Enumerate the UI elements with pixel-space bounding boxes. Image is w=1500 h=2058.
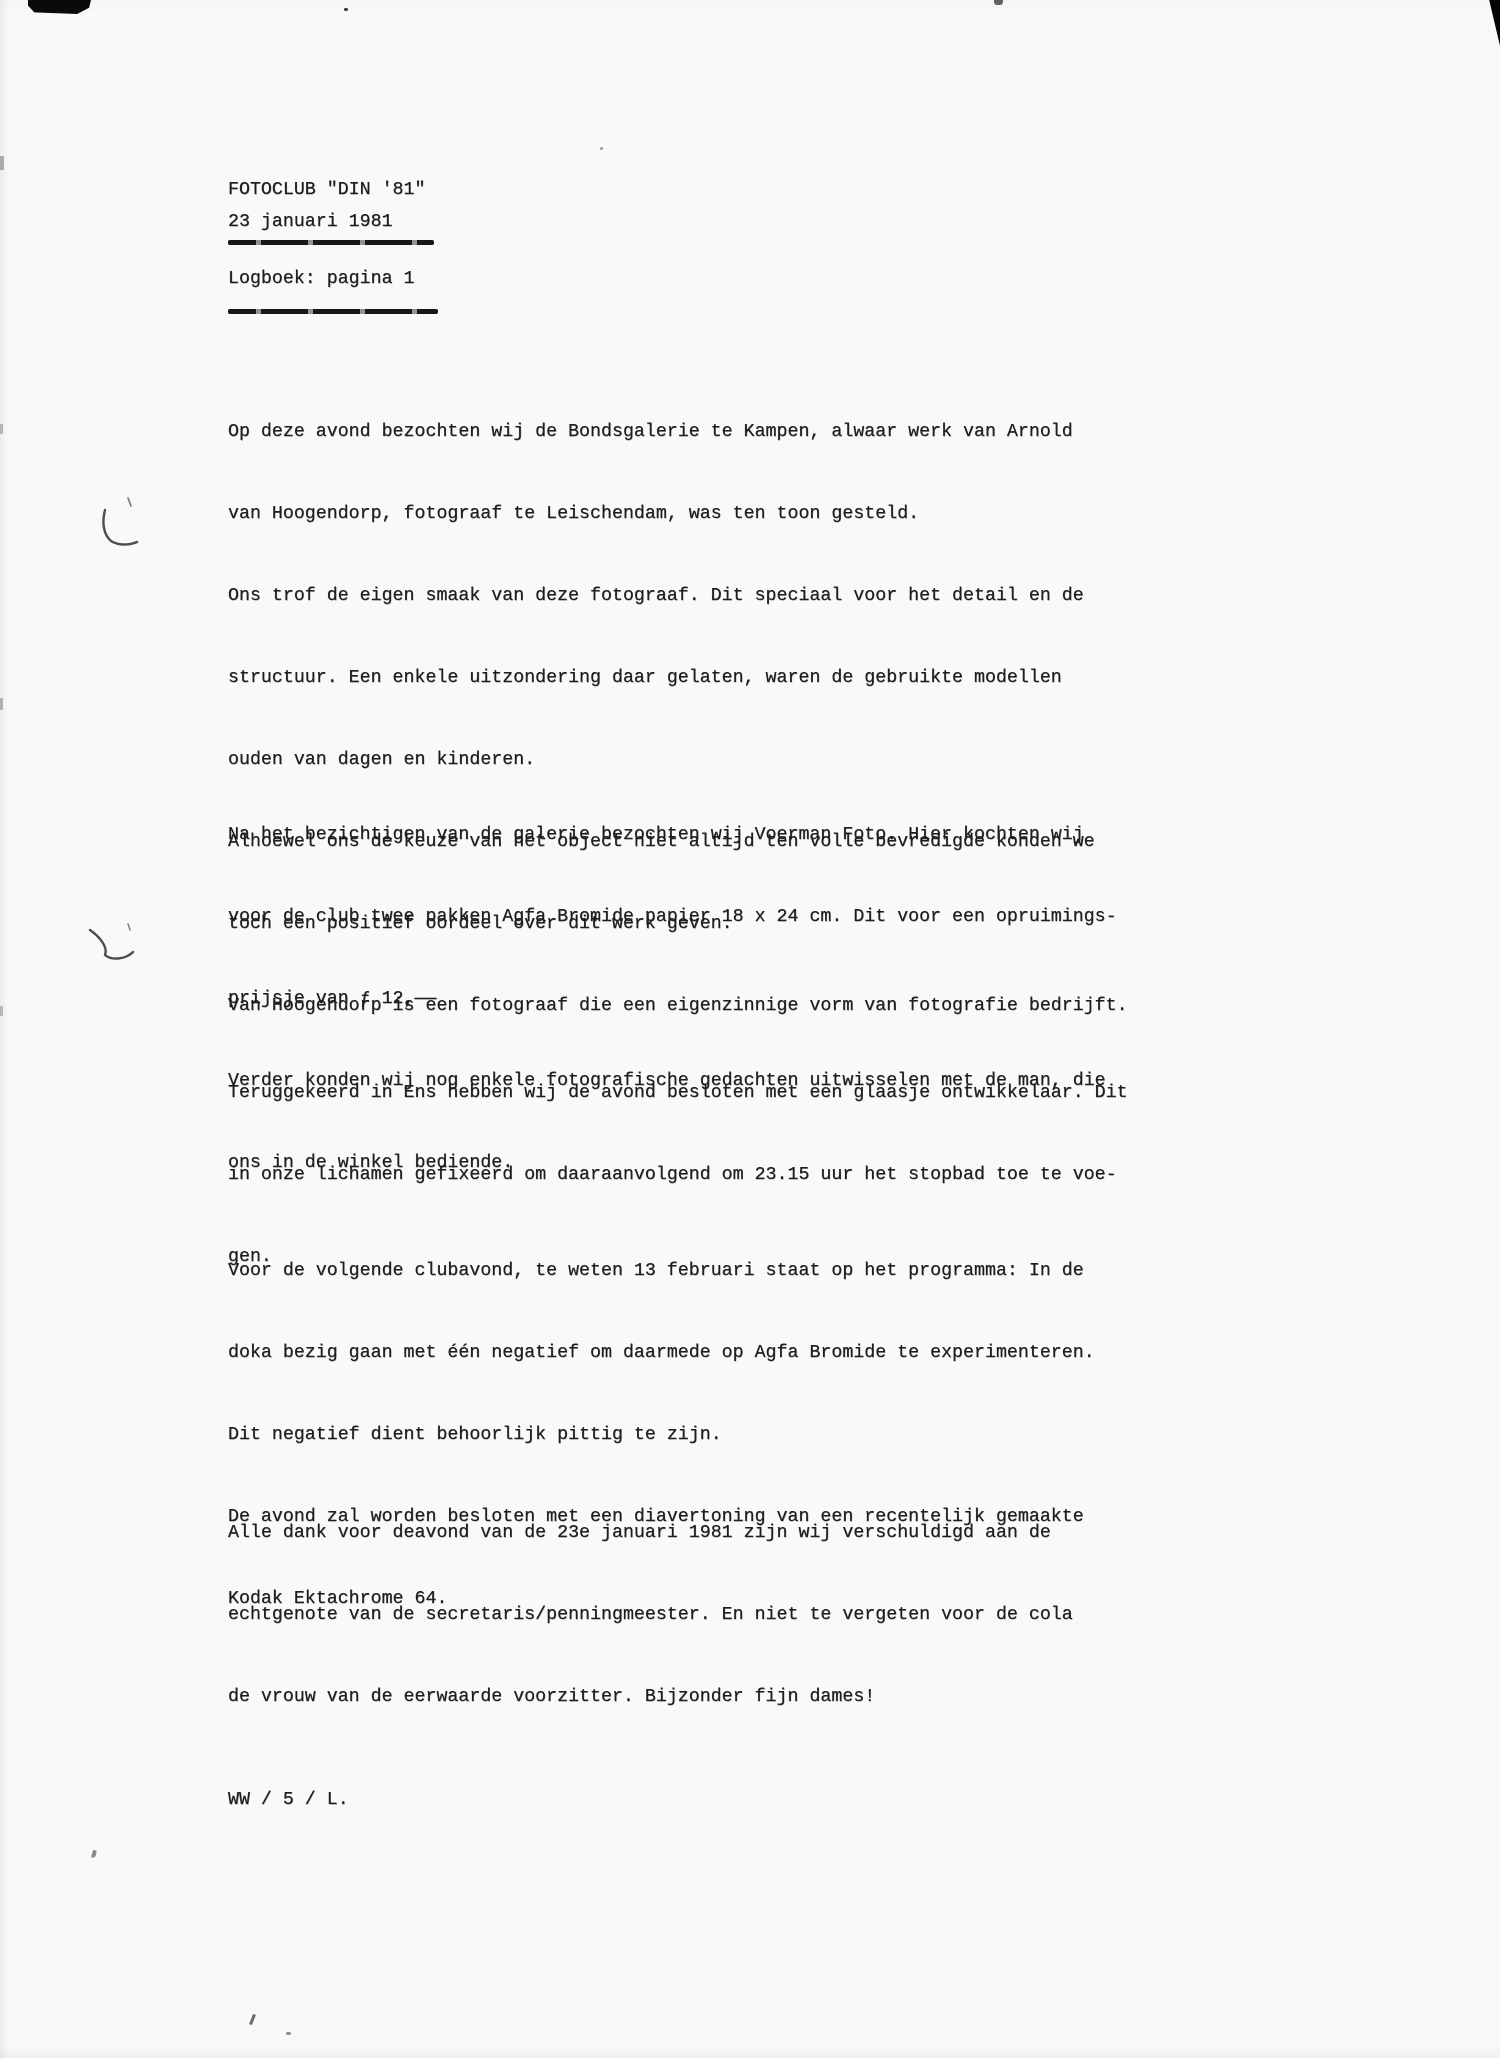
typed-line: van Hoogendorp, fotograaf te Leischendam… [228, 493, 1208, 535]
scan-artifact [1485, 0, 1500, 46]
document-date: 23 januari 1981 [228, 211, 393, 233]
scan-speck [344, 8, 348, 11]
scan-artifact [0, 156, 4, 170]
typed-line: Na het bezichtigen van de galerie bezoch… [228, 814, 1208, 856]
typed-line: Op deze avond bezochten wij de Bondsgale… [228, 411, 1208, 453]
typed-line: Teruggekeerd in Ens hebben wij de avond … [228, 1072, 1208, 1114]
typed-line: Voor de volgende clubavond, te weten 13 … [228, 1250, 1208, 1292]
date-underline-rule [228, 240, 434, 245]
scan-speck [286, 2032, 291, 2035]
typed-line: voor de club twee pakken Agfa Bromide pa… [228, 896, 1208, 938]
pen-mark-icon [82, 922, 142, 974]
footer-initials: WW / 5 / L. [228, 1779, 349, 1821]
paragraph-thanks: Alle dank voor deavond van de 23e januar… [228, 1472, 1208, 1738]
typed-line: de vrouw van de eerwaarde voorzitter. Bi… [228, 1676, 1208, 1718]
scan-speck [600, 147, 603, 150]
scan-speck [91, 1850, 97, 1859]
scan-artifact [28, 0, 91, 14]
typed-line: doka bezig gaan met één negatief om daar… [228, 1332, 1208, 1374]
scan-artifact [994, 0, 1003, 5]
document-title: FOTOCLUB "DIN '81" [228, 179, 425, 201]
typed-line: Alle dank voor deavond van de 23e januar… [228, 1512, 1208, 1554]
pen-mark-icon [95, 496, 149, 554]
scan-artifact [0, 698, 3, 710]
scan-artifact [0, 424, 3, 434]
typed-line: structuur. Een enkele uitzondering daar … [228, 657, 1208, 699]
scan-artifact [0, 1006, 3, 1016]
typed-line: in onze lichamen gefixeerd om daaraanvol… [228, 1154, 1208, 1196]
typed-line: prijsje van ƒ 12,—— [228, 978, 1208, 1020]
typed-line: Dit negatief dient behoorlijk pittig te … [228, 1414, 1208, 1456]
logbook-page-label: Logboek: pagina 1 [228, 268, 415, 290]
typed-line: echtgenote van de secretaris/penningmees… [228, 1594, 1208, 1636]
scanned-document-page: { "doc": { "header": { "club_line": "FOT… [0, 0, 1500, 2058]
scan-speck [249, 2014, 256, 2025]
typed-line: Ons trof de eigen smaak van deze fotogra… [228, 575, 1208, 617]
logbook-underline-rule [228, 309, 438, 314]
